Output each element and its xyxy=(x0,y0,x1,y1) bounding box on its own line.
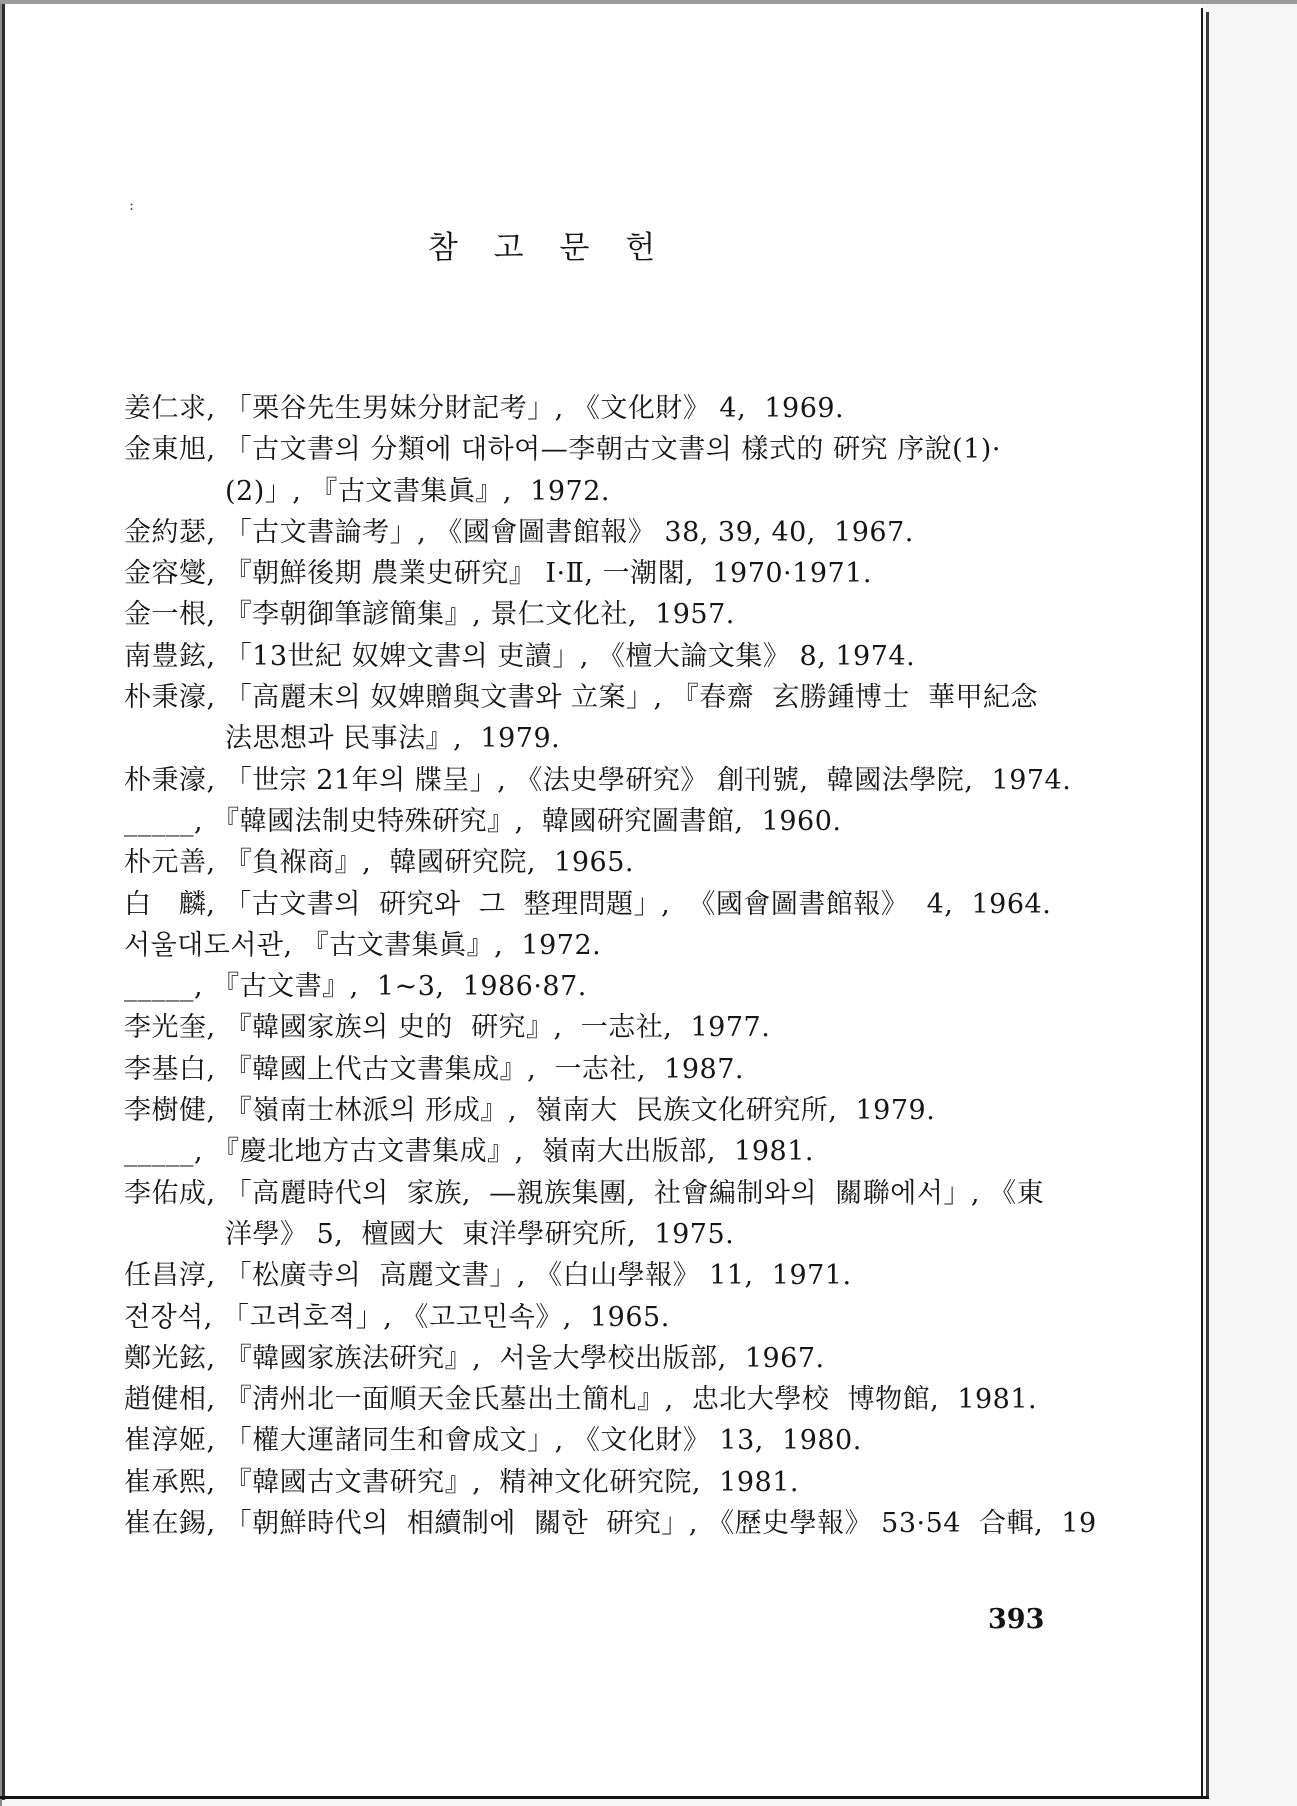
scan-artifact-mark: : xyxy=(129,196,134,214)
bib-entry-line: 李基白, 『韓國上代古文書集成』, 一志社, 1987. xyxy=(124,1049,1164,1090)
bib-entry-line: 崔承熙, 『韓國古文書硏究』, 精神文化硏究院, 1981. xyxy=(124,1462,1164,1503)
bib-entry-line: 金一根, 『李朝御筆諺簡集』, 景仁文化社, 1957. xyxy=(124,594,1164,635)
bib-entry-line: 洋學》 5, 檀國大 東洋學硏究所, 1975. xyxy=(124,1214,1164,1255)
page-border-left-inner xyxy=(2,4,5,1800)
bibliography-list: 姜仁求, 「栗谷先生男妹分財記考」, 《文化財》 4, 1969.金東旭, 「古… xyxy=(124,388,1164,1544)
page-title: 참 고 문 헌 xyxy=(0,222,1146,267)
bib-entry-line: 朴元善, 『負褓商』, 韓國硏究院, 1965. xyxy=(124,842,1164,883)
bib-entry-line: 金容燮, 『朝鮮後期 農業史硏究』 Ⅰ·Ⅱ, 一潮閣, 1970·1971. xyxy=(124,553,1164,594)
bib-entry-line: 鄭光鉉, 『韓國家族法硏究』, 서울大學校出版部, 1967. xyxy=(124,1338,1164,1379)
page-border-right-outer xyxy=(1206,12,1209,1799)
bib-entry-line: 李樹健, 『嶺南士林派의 形成』, 嶺南大 民族文化硏究所, 1979. xyxy=(124,1090,1164,1131)
page-border-right-inner xyxy=(1201,8,1203,1799)
page-border-bottom xyxy=(0,1796,1209,1799)
bib-entry-line: 전장석, 「고려호젹」, 《고고민속》, 1965. xyxy=(124,1297,1164,1338)
bib-entry-line: 白 麟, 「古文書의 硏究와 그 整理問題」, 《國會圖書館報》 4, 1964… xyxy=(124,884,1164,925)
bib-entry-line: 南豊鉉, 「13世紀 奴婢文書의 吏讀」, 《檀大論文集》 8, 1974. xyxy=(124,636,1164,677)
scan-margin-right xyxy=(1209,4,1297,1806)
bib-entry-line: 李佑成, 「高麗時代의 家族, —親族集團, 社會編制와의 關聯에서」, 《東 xyxy=(124,1173,1164,1214)
bib-entry-line: 趙健相, 『淸州北一面順天金氏墓出土簡札』, 忠北大學校 博物館, 1981. xyxy=(124,1379,1164,1420)
bib-entry-line: 朴秉濠, 「高麗末의 奴婢贈與文書와 立案」, 『春齋 玄勝鍾博士 華甲紀念 xyxy=(124,677,1164,718)
bib-entry-line: 任昌淳, 「松廣寺의 高麗文書」, 《白山學報》 11, 1971. xyxy=(124,1255,1164,1296)
bib-entry-line: _____, 『慶北地方古文書集成』, 嶺南大出版部, 1981. xyxy=(124,1131,1164,1172)
bib-entry-line: 李光奎, 『韓國家族의 史的 硏究』, 一志社, 1977. xyxy=(124,1007,1164,1048)
scanned-page: : 참 고 문 헌 姜仁求, 「栗谷先生男妹分財記考」, 《文化財》 4, 19… xyxy=(5,4,1201,1797)
bib-entry-line: 서울대도서관, 『古文書集眞』, 1972. xyxy=(124,925,1164,966)
bib-entry-line: _____, 『韓國法制史特殊硏究』, 韓國硏究圖書館, 1960. xyxy=(124,801,1164,842)
page-number: 393 xyxy=(988,1604,1044,1635)
bib-entry-line: 金約瑟, 「古文書論考」, 《國會圖書館報》 38, 39, 40, 1967. xyxy=(124,512,1164,553)
bib-entry-line: 法思想과 民事法』, 1979. xyxy=(124,718,1164,759)
bib-entry-line: _____, 『古文書』, 1~3, 1986·87. xyxy=(124,966,1164,1007)
bib-entry-line: 崔在錫, 「朝鮮時代의 相續制에 關한 硏究」, 《歷史學報》 53·54 合輯… xyxy=(124,1503,1164,1544)
bib-entry-line: 姜仁求, 「栗谷先生男妹分財記考」, 《文化財》 4, 1969. xyxy=(124,388,1164,429)
page-border-top xyxy=(0,0,1297,4)
bib-entry-line: (2)」, 『古文書集眞』, 1972. xyxy=(124,471,1164,512)
bib-entry-line: 朴秉濠, 「世宗 21年의 牒呈」, 《法史學硏究》 創刊號, 韓國法學院, 1… xyxy=(124,760,1164,801)
bib-entry-line: 金東旭, 「古文書의 分類에 대하여—李朝古文書의 樣式的 硏究 序說(1)· xyxy=(124,429,1164,470)
bib-entry-line: 崔淳姬, 「權大運諸同生和會成文」, 《文化財》 13, 1980. xyxy=(124,1420,1164,1461)
